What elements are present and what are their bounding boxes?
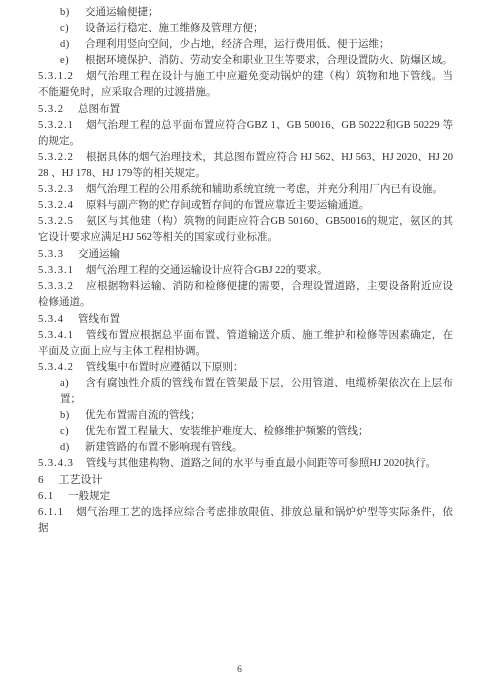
list-item-c: c)设备运行稳定、施工维修及管理方便；	[38, 21, 453, 37]
clause-number: 5.3.2.1	[38, 120, 74, 131]
list-item-marker: d)	[60, 440, 85, 456]
section-6-1: 6.1一般规定	[38, 488, 453, 505]
clause-5-3-3-1: 5.3.3.1烟气治理工程的交通运输设计应符合GBJ 22的要求。	[38, 263, 453, 279]
clause-5-3-2-1: 5.3.2.1烟气治理工程的总平面布置应符合GBZ 1、GB 50016、GB …	[38, 118, 453, 150]
clause-text: 烟气治理工艺的选择应综合考虑排放限值、排放总量和锅炉炉型等实际条件，依据	[38, 507, 453, 534]
section-title: 一般规定	[68, 490, 110, 502]
heading-number: 5.3.3	[38, 249, 64, 260]
clause-5-3-2-3: 5.3.2.3烟气治理工程的公用系统和辅助系统宜统一考虑，并充分利用厂内已有设施…	[38, 182, 453, 198]
clause-number: 5.3.1.2	[38, 71, 74, 82]
clause-5-3-2-4: 5.3.2.4原料与副产物的贮存间或暂存间的布置应靠近主要运输通道。	[38, 198, 453, 214]
clause-number: 5.3.2.2	[38, 152, 74, 163]
list-item-text: 优先布置需自流的管线；	[85, 410, 201, 421]
pipeline-rule-d: d)新建管路的布置不影响现有管线。	[38, 440, 453, 456]
list-item-marker: d)	[60, 37, 85, 53]
clause-number: 5.3.3.2	[38, 281, 74, 292]
clause-number: 5.3.4.1	[38, 330, 74, 341]
heading-5-3-4: 5.3.4管线布置	[38, 311, 453, 328]
list-item-text: 根据环境保护、消防、劳动安全和职业卫生等要求，合理设置防火、防爆区域。	[85, 55, 453, 66]
pipeline-rule-c: c)优先布置工程量大、安装维护难度大、检修维护频繁的管线；	[38, 424, 453, 440]
heading-title: 管线布置	[78, 313, 120, 325]
clause-5-3-1-2: 5.3.1.2烟气治理工程在设计与施工中应避免变动锅炉的建（构）筑物和地下管线。…	[38, 69, 453, 101]
clause-5-3-4-1: 5.3.4.1管线布置应根据总平面布置、管道输送介质、施工维护和检修等因素确定，…	[38, 328, 453, 360]
clause-number: 5.3.2.3	[38, 184, 74, 195]
list-item-text: 含有腐蚀性介质的管线布置在管架最下层，公用管道、电缆桥架依次在上层布置；	[60, 378, 453, 405]
pipeline-rule-a: a)含有腐蚀性介质的管线布置在管架最下层，公用管道、电缆桥架依次在上层布置；	[38, 376, 453, 408]
clause-number: 5.3.2.4	[38, 200, 74, 211]
list-item-text: 设备运行稳定、施工维修及管理方便；	[85, 23, 264, 34]
clause-text: 原料与副产物的贮存间或暂存间的布置应靠近主要运输通道。	[86, 200, 370, 211]
chapter-6: 6工艺设计	[38, 472, 453, 488]
clause-5-3-3-2: 5.3.3.2应根据物料运输、消防和检修便捷的需要，合理设置道路，主要设备附近应…	[38, 279, 453, 311]
document-page: b)交通运输便捷； c)设备运行稳定、施工维修及管理方便； d)合理利用竖向空间…	[0, 0, 479, 687]
heading-5-3-2: 5.3.2总图布置	[38, 101, 453, 118]
clause-text: 烟气治理工程的公用系统和辅助系统宜统一考虑，并充分利用厂内已有设施。	[86, 184, 443, 195]
list-item-text: 合理利用竖向空间，少占地，经济合理，运行费用低、便于运维；	[85, 39, 390, 50]
clause-number: 5.3.2.5	[38, 216, 74, 227]
clause-6-1-1: 6.1.1烟气治理工艺的选择应综合考虑排放限值、排放总量和锅炉炉型等实际条件，依…	[38, 505, 453, 537]
list-item-b: b)交通运输便捷；	[38, 5, 453, 21]
list-item-d: d)合理利用竖向空间，少占地，经济合理，运行费用低、便于运维；	[38, 37, 453, 53]
clause-text: 烟气治理工程在设计与施工中应避免变动锅炉的建（构）筑物和地下管线。当不能避免时，…	[38, 71, 453, 98]
pipeline-rule-b: b)优先布置需自流的管线；	[38, 408, 453, 424]
clause-5-3-4-3: 5.3.4.3管线与其他建构物、道路之间的水平与垂直最小间距等可参照HJ 202…	[38, 456, 453, 472]
heading-number: 5.3.2	[38, 104, 64, 115]
clause-text: 烟气治理工程的总平面布置应符合GBZ 1、GB 50016、GB 50222和G…	[38, 120, 453, 147]
list-item-marker: c)	[60, 424, 85, 440]
page-number: 6	[0, 662, 479, 678]
clause-text: 应根据物料运输、消防和检修便捷的需要，合理设置道路，主要设备附近应设检修通道。	[38, 281, 453, 308]
clause-number: 5.3.3.1	[38, 265, 74, 276]
clause-5-3-2-5: 5.3.2.5氨区与其他建（构）筑物的间距应符合GB 50160、GB50016…	[38, 214, 453, 246]
heading-5-3-3: 5.3.3交通运输	[38, 246, 453, 263]
list-item-text: 交通运输便捷；	[85, 7, 159, 18]
list-item-marker: a)	[60, 376, 85, 392]
heading-number: 5.3.4	[38, 314, 64, 325]
heading-title: 总图布置	[78, 103, 120, 115]
clause-number: 6.1.1	[38, 507, 64, 518]
list-item-marker: c)	[60, 21, 85, 37]
list-item-marker: e)	[60, 53, 85, 69]
clause-text: 氨区与其他建（构）筑物的间距应符合GB 50160、GB50016的规定，氨区的…	[38, 216, 453, 243]
clause-5-3-2-2: 5.3.2.2根据具体的烟气治理技术，其总图布置应符合 HJ 562、HJ 56…	[38, 150, 453, 182]
list-item-text: 新建管路的布置不影响现有管线。	[85, 442, 243, 453]
list-item-marker: b)	[60, 5, 85, 21]
list-item-e: e)根据环境保护、消防、劳动安全和职业卫生等要求，合理设置防火、防爆区域。	[38, 53, 453, 69]
heading-title: 交通运输	[78, 248, 120, 260]
chapter-title: 工艺设计	[59, 474, 103, 486]
clause-text: 管线布置应根据总平面布置、管道输送介质、施工维护和检修等因素确定，在平面及立面上…	[38, 330, 453, 357]
clause-text: 烟气治理工程的交通运输设计应符合GBJ 22的要求。	[86, 265, 328, 276]
clause-number: 5.3.4.3	[38, 458, 74, 469]
chapter-number: 6	[38, 474, 45, 486]
section-number: 6.1	[38, 491, 54, 502]
clause-text: 管线与其他建构物、道路之间的水平与垂直最小间距等可参照HJ 2020执行。	[86, 458, 436, 469]
clause-text: 根据具体的烟气治理技术，其总图布置应符合 HJ 562、HJ 563、HJ 20…	[38, 152, 453, 179]
clause-text: 管线集中布置时应遵循以下原则：	[86, 362, 244, 373]
clause-number: 5.3.4.2	[38, 362, 74, 373]
list-item-text: 优先布置工程量大、安装维护难度大、检修维护频繁的管线；	[85, 426, 369, 437]
list-item-marker: b)	[60, 408, 85, 424]
clause-5-3-4-2: 5.3.4.2管线集中布置时应遵循以下原则：	[38, 360, 453, 376]
